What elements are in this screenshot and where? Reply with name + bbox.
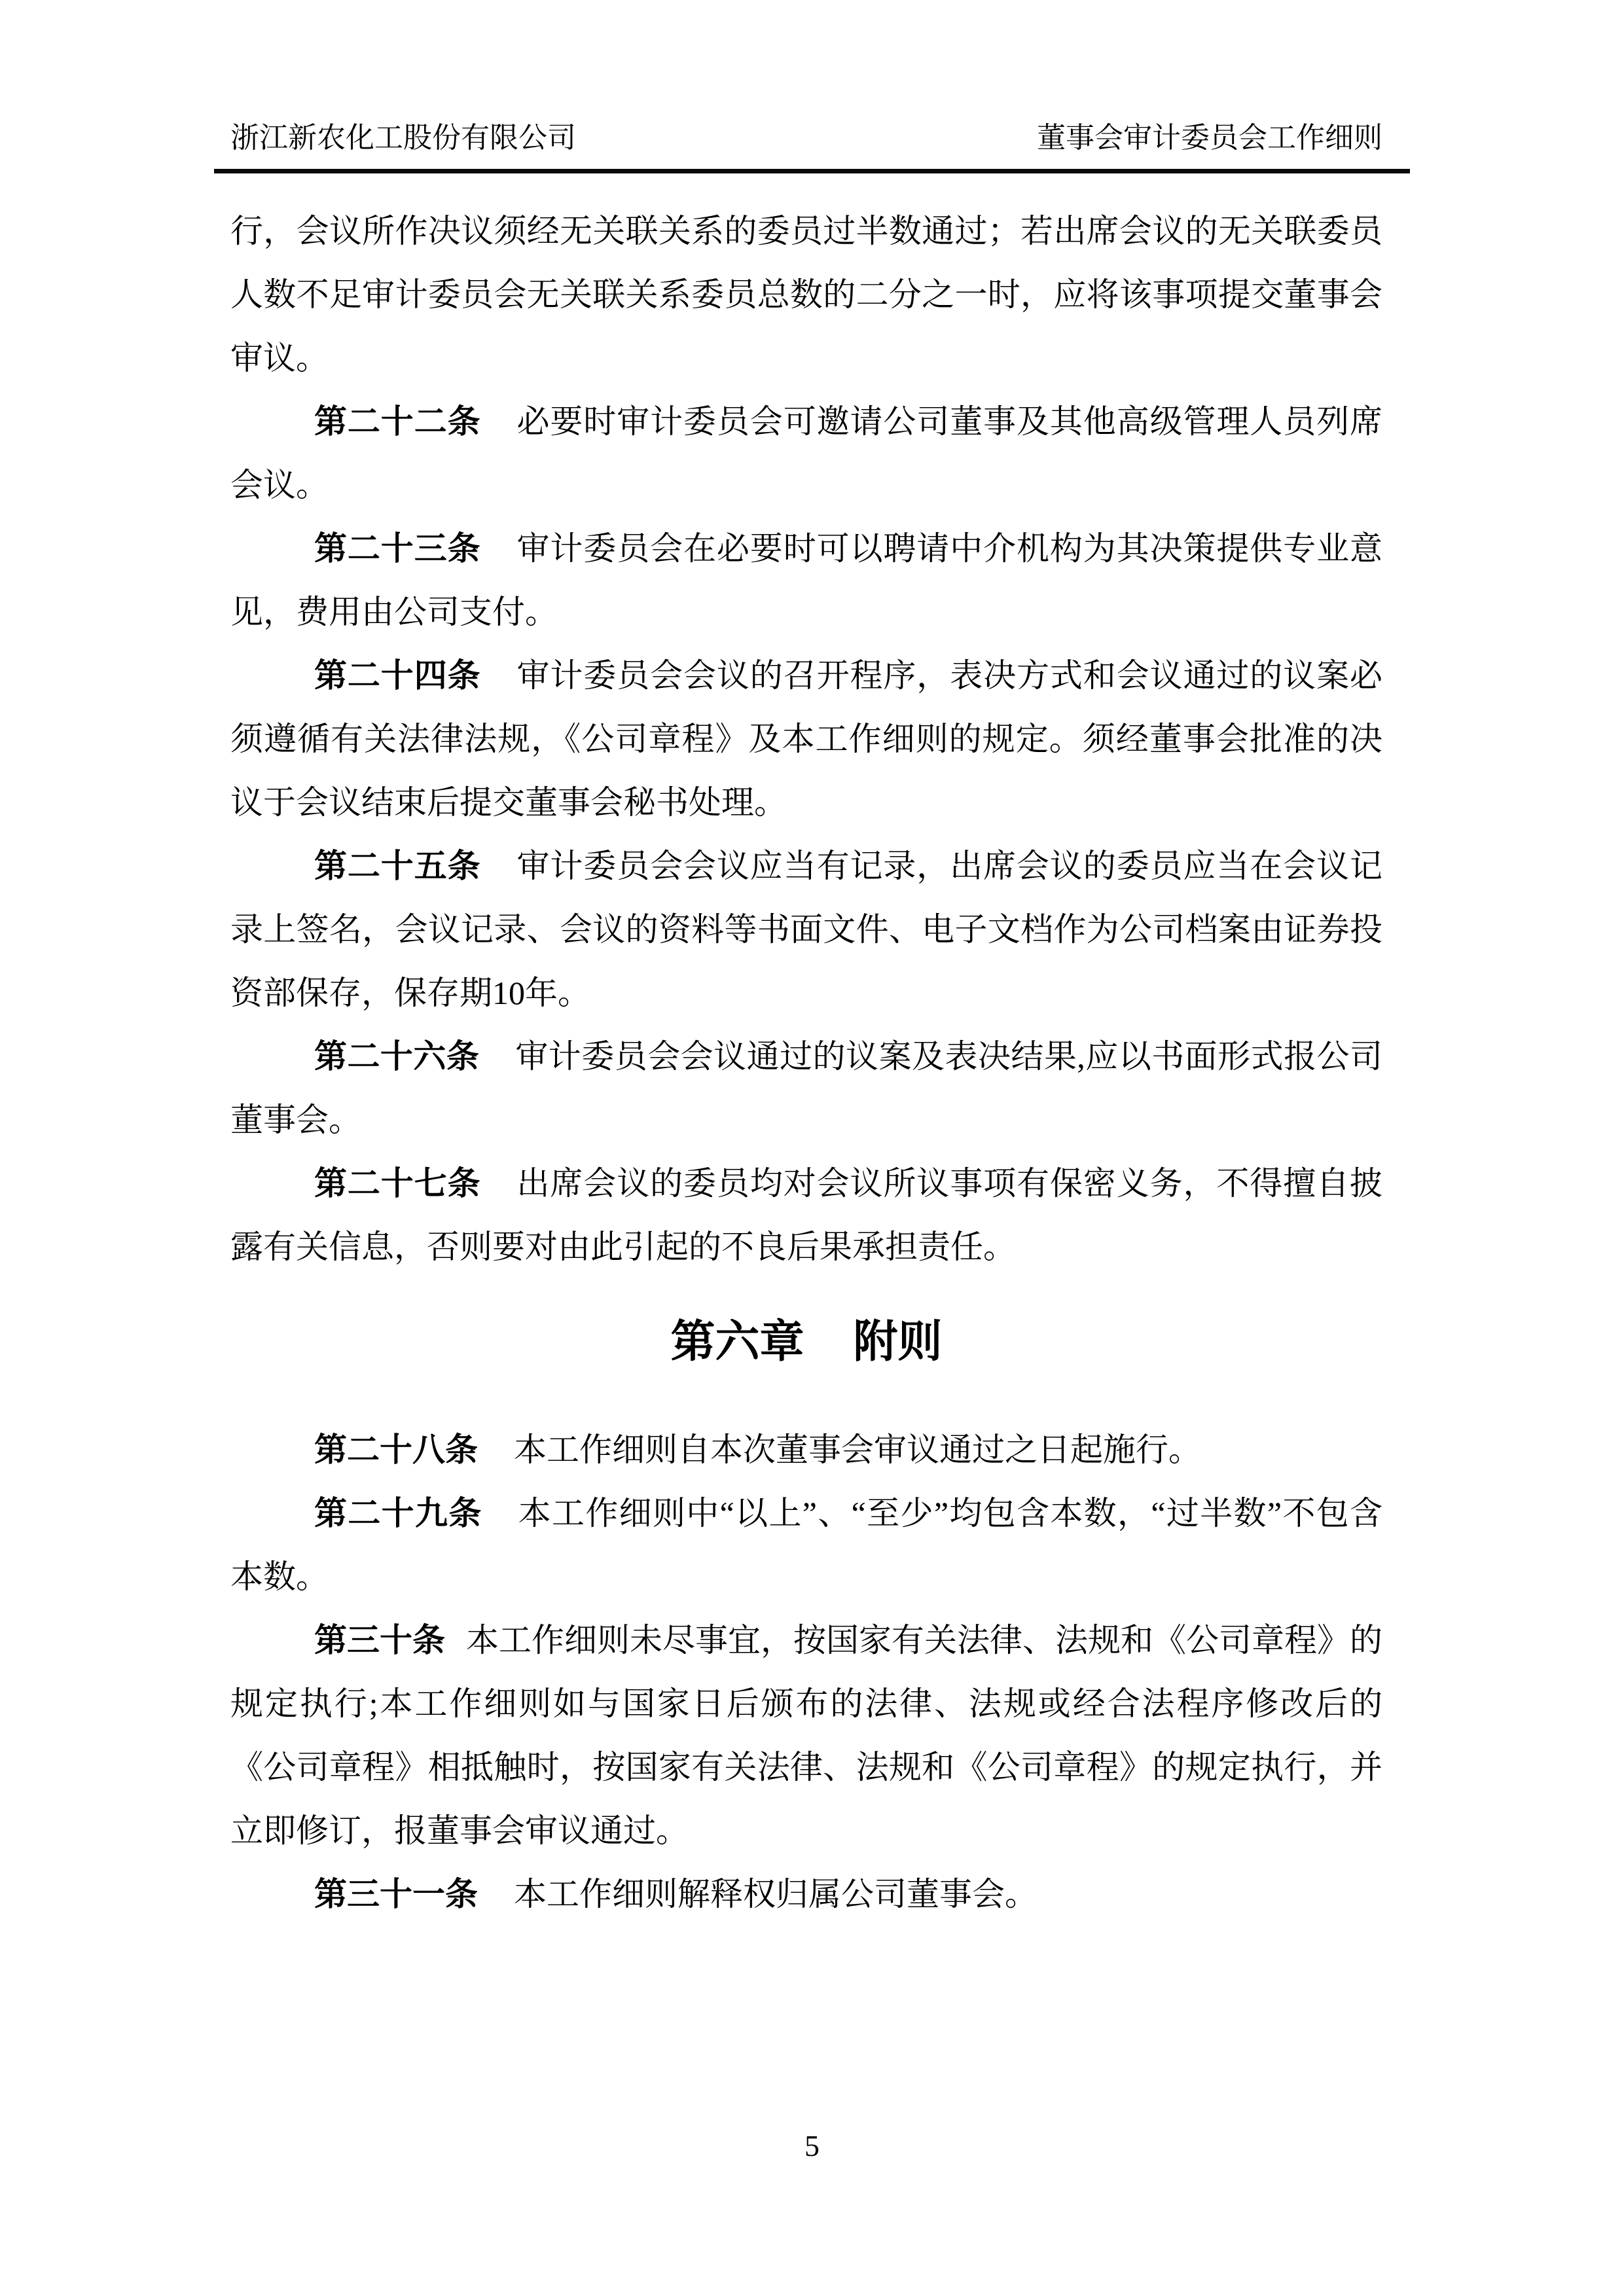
article-24: 第二十四条审计委员会会议的召开程序，表决方式和会议通过的议案必须遵循有关法律法规… bbox=[230, 644, 1382, 834]
header-company-name: 浙江新农化工股份有限公司 bbox=[230, 120, 576, 156]
article-31: 第三十一条本工作细则解释权归属公司董事会。 bbox=[230, 1863, 1382, 1926]
page-header: 浙江新农化工股份有限公司 董事会审计委员会工作细则 bbox=[230, 120, 1382, 156]
article-27-label: 第二十七条 bbox=[314, 1165, 481, 1202]
article-22: 第二十二条必要时审计委员会可邀请公司董事及其他高级管理人员列席会议。 bbox=[230, 390, 1382, 517]
article-26-label: 第二十六条 bbox=[314, 1038, 479, 1075]
article-28-label: 第二十八条 bbox=[314, 1431, 478, 1468]
article-23: 第二十三条审计委员会在必要时可以聘请中介机构为其决策提供专业意见，费用由公司支付… bbox=[230, 517, 1382, 644]
article-31-text: 本工作细则解释权归属公司董事会。 bbox=[514, 1876, 1038, 1912]
chapter-title: 附则 bbox=[854, 1317, 943, 1367]
chapter-heading: 第六章附则 bbox=[230, 1309, 1382, 1374]
article-29-label: 第二十九条 bbox=[314, 1495, 482, 1532]
header-rule bbox=[214, 169, 1410, 173]
article-29: 第二十九条本工作细则中“以上”、“至少”均包含本数，“过半数”不包含本数。 bbox=[230, 1482, 1382, 1609]
paragraph-continuation: 行，会议所作决议须经无关联关系的委员过半数通过；若出席会议的无关联委员人数不足审… bbox=[230, 200, 1382, 390]
page-footer: 5 bbox=[0, 2128, 1624, 2164]
article-25-label: 第二十五条 bbox=[314, 848, 481, 884]
article-30-label: 第三十条 bbox=[314, 1622, 445, 1659]
article-26: 第二十六条审计委员会会议通过的议案及表决结果,应以书面形式报公司董事会。 bbox=[230, 1025, 1382, 1152]
article-30: 第三十条本工作细则未尽事宜，按国家有关法律、法规和《公司章程》的规定执行;本工作… bbox=[230, 1609, 1382, 1863]
article-24-label: 第二十四条 bbox=[314, 657, 481, 694]
article-25: 第二十五条审计委员会会议应当有记录，出席会议的委员应当在会议记录上签名，会议记录… bbox=[230, 834, 1382, 1025]
article-27: 第二十七条出席会议的委员均对会议所议事项有保密义务，不得擅自披露有关信息，否则要… bbox=[230, 1152, 1382, 1279]
document-page: 浙江新农化工股份有限公司 董事会审计委员会工作细则 行，会议所作决议须经无关联关… bbox=[0, 0, 1624, 2296]
document-body: 行，会议所作决议须经无关联关系的委员过半数通过；若出席会议的无关联委员人数不足审… bbox=[230, 200, 1382, 1926]
article-22-label: 第二十二条 bbox=[314, 403, 481, 440]
article-28: 第二十八条本工作细则自本次董事会审议通过之日起施行。 bbox=[230, 1418, 1382, 1482]
header-doc-title: 董事会审计委员会工作细则 bbox=[1037, 120, 1382, 156]
article-23-label: 第二十三条 bbox=[314, 530, 481, 567]
page-number: 5 bbox=[804, 2129, 820, 2162]
chapter-number: 第六章 bbox=[670, 1317, 804, 1367]
article-31-label: 第三十一条 bbox=[314, 1876, 478, 1912]
article-28-text: 本工作细则自本次董事会审议通过之日起施行。 bbox=[514, 1431, 1201, 1468]
